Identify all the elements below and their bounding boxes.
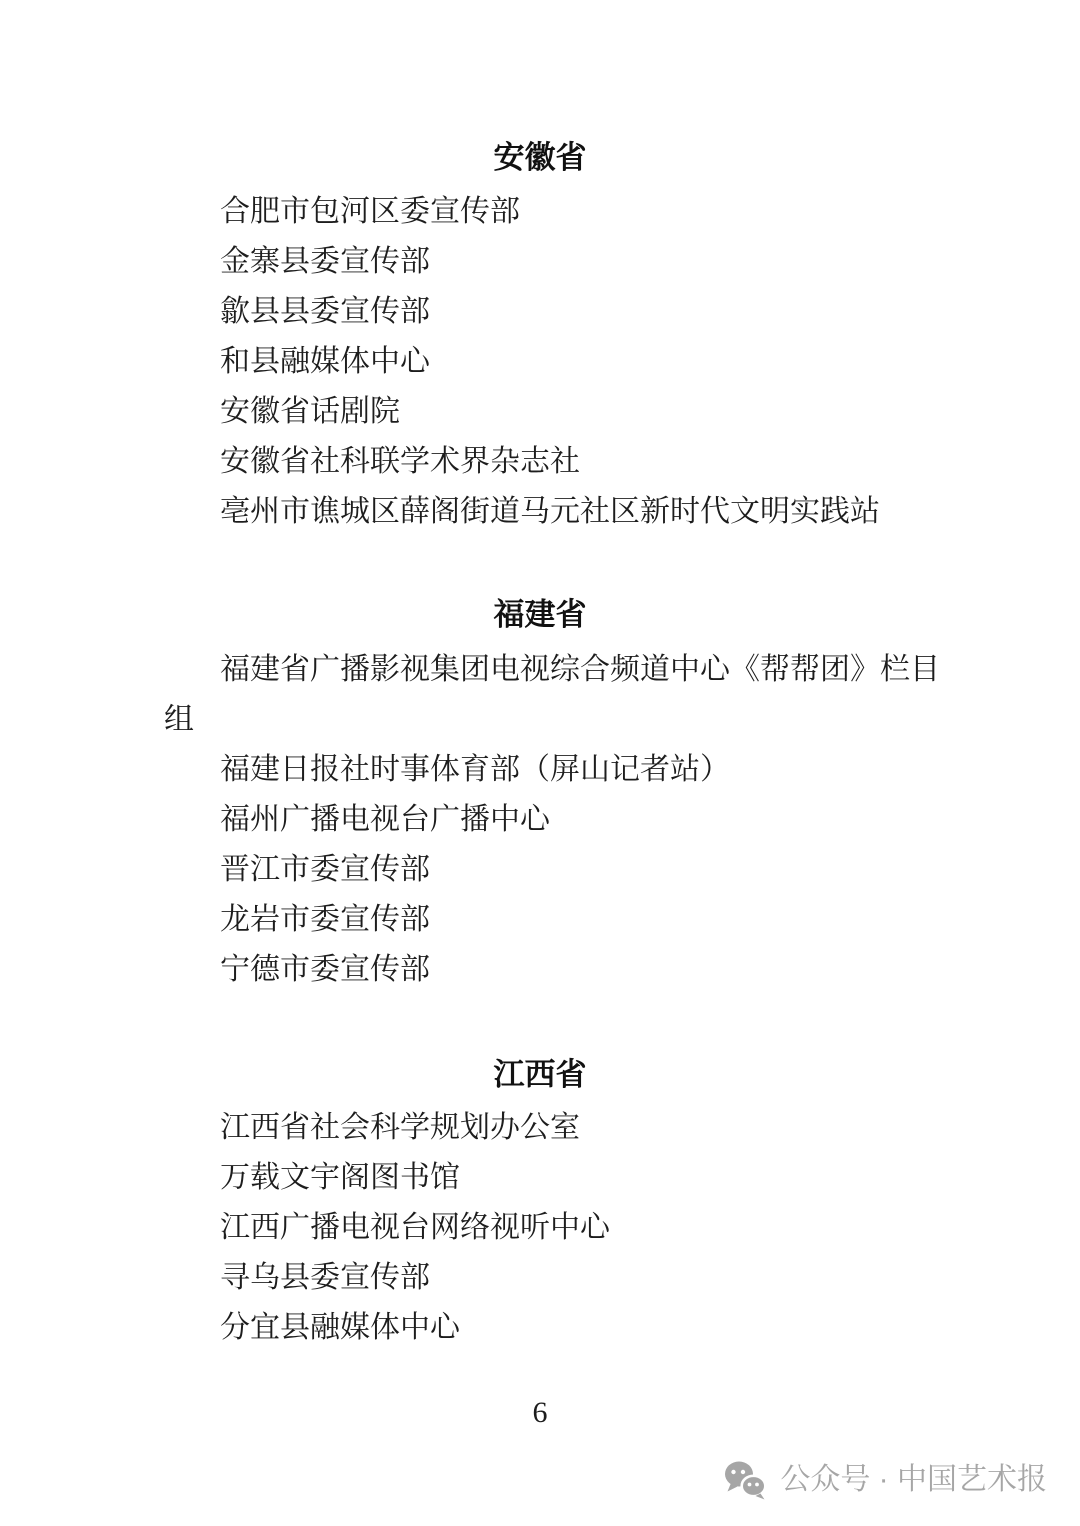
org-item: 万载文宇阁图书馆 (0, 1153, 1080, 1203)
org-item: 安徽省话剧院 (0, 387, 1080, 437)
org-item: 和县融媒体中心 (0, 337, 1080, 387)
org-item: 金寨县委宣传部 (0, 237, 1080, 287)
org-item: 福州广播电视台广播中心 (0, 795, 1080, 845)
org-item: 晋江市委宣传部 (0, 845, 1080, 895)
section-fujian: 福建省 福建省广播影视集团电视综合频道中心《帮帮团》栏目 组 福建日报社时事体育… (0, 590, 1080, 995)
org-item: 宁德市委宣传部 (0, 945, 1080, 995)
document-content: 安徽省 合肥市包河区委宣传部 金寨县委宣传部 歙县县委宣传部 和县融媒体中心 安… (0, 0, 1080, 1353)
org-item: 江西广播电视台网络视听中心 (0, 1203, 1080, 1253)
section-jiangxi-items: 江西省社会科学规划办公室 万载文宇阁图书馆 江西广播电视台网络视听中心 寻乌县委… (0, 1103, 1080, 1353)
section-fujian-items: 福建省广播影视集团电视综合频道中心《帮帮团》栏目 组 福建日报社时事体育部（屏山… (0, 645, 1080, 995)
org-item: 安徽省社科联学术界杂志社 (0, 437, 1080, 487)
org-item: 江西省社会科学规划办公室 (0, 1103, 1080, 1153)
watermark-label: 公众号 · 中国艺术报 (780, 1459, 1047, 1501)
org-item: 龙岩市委宣传部 (0, 895, 1080, 945)
org-item: 亳州市谯城区薛阁街道马元社区新时代文明实践站 (0, 487, 1080, 537)
org-item: 福建日报社时事体育部（屏山记者站） (0, 745, 1080, 795)
org-item: 歙县县委宣传部 (0, 287, 1080, 337)
section-anhui-items: 合肥市包河区委宣传部 金寨县委宣传部 歙县县委宣传部 和县融媒体中心 安徽省话剧… (0, 187, 1080, 537)
org-item: 分宜县融媒体中心 (0, 1303, 1080, 1353)
section-title-fujian: 福建省 (0, 590, 1080, 640)
section-title-anhui: 安徽省 (0, 133, 1080, 183)
page-number: 6 (0, 1388, 1080, 1438)
org-item-continuation: 组 (0, 695, 1080, 745)
wechat-icon (723, 1460, 769, 1500)
section-jiangxi: 江西省 江西省社会科学规划办公室 万载文宇阁图书馆 江西广播电视台网络视听中心 … (0, 1050, 1080, 1353)
document-page: 安徽省 合肥市包河区委宣传部 金寨县委宣传部 歙县县委宣传部 和县融媒体中心 安… (0, 0, 1080, 1526)
section-anhui: 安徽省 合肥市包河区委宣传部 金寨县委宣传部 歙县县委宣传部 和县融媒体中心 安… (0, 133, 1080, 537)
watermark: 公众号 · 中国艺术报 (723, 1459, 1047, 1501)
org-item: 寻乌县委宣传部 (0, 1253, 1080, 1303)
org-item: 合肥市包河区委宣传部 (0, 187, 1080, 237)
org-item: 福建省广播影视集团电视综合频道中心《帮帮团》栏目 (0, 645, 1080, 695)
section-title-jiangxi: 江西省 (0, 1050, 1080, 1100)
